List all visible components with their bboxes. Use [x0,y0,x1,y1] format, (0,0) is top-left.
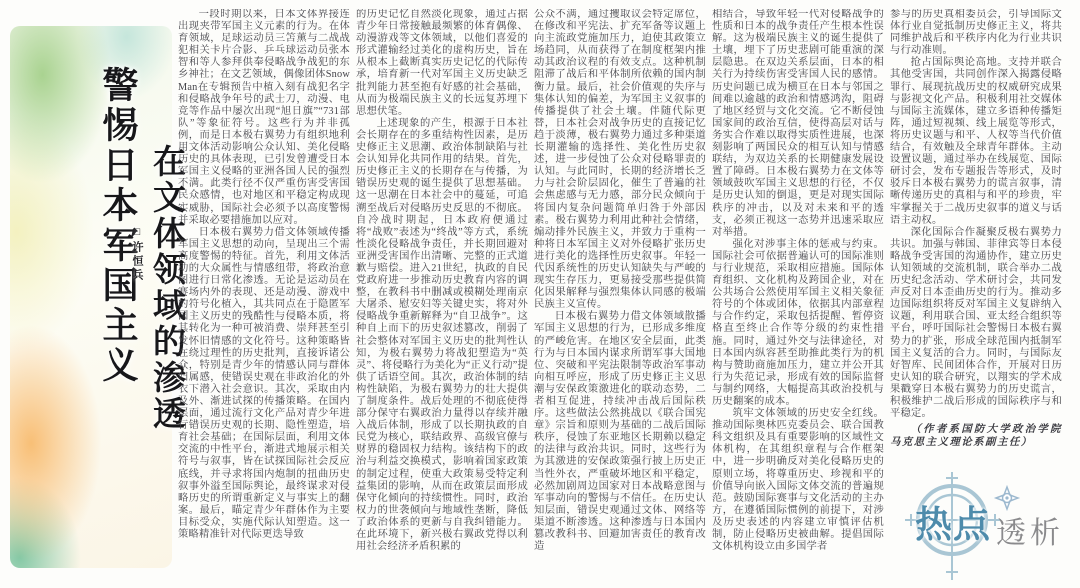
paragraph: 参与的历史真相委员会，引导国际文体行业自觉抵制历史修正主义，将共同维护战后和平秩… [890,9,1062,57]
logo-text-analysis: 透析 [996,508,1064,552]
article-column-3: 公众不满，通过攫取议会特定席位，在修改和平宪法、扩充军备等议题上向主流政党施加压… [534,9,706,581]
paragraph: 一段时期以来，日本文体界接连出现夹带军国主义元素的行为。在体育领域，足球运动员三… [178,9,350,227]
paragraph: 公众不满，通过攫取议会特定席位，在修改和平宪法、扩充军备等议题上向主流政党施加压… [534,9,706,311]
logo-text-hotspot: 热点 [915,494,991,548]
article-column-1: 一段时期以来，日本文体界接连出现夹带军国主义元素的行为。在体育领域，足球运动员三… [178,9,350,581]
author-name-text: 许恒兵 [131,241,143,283]
paragraph: 抢占国际舆论高地。支持并联合其他受害国，共同创作深入揭露侵略罪行、展现抗战历史的… [890,57,1062,226]
hotspot-analysis-logo: 热点 透析 [903,468,1068,586]
paragraph: 日本极右翼势力借文体领域传播军国主义思想的动向，呈现出三个需高度警惕的特征。首先… [178,227,350,541]
author-note: （作者系国防大学政治学院马克思主义理论系副主任） [890,423,1062,449]
paragraph: 的历史记忆自然淡化现象，通过占据青少年日常接触最频繁的体育偶像、动漫游戏等文体领… [356,9,528,118]
article-column-4: 相结合，导致年轻一代对侵略战争的性质和日本的战争责任产生根本性误解。这为极端民族… [712,9,884,581]
paragraph: 强化对涉事主体的惩戒与约束。国际社会可依据普遍认可的国际准则与行业规范，采取相应… [712,239,884,408]
author-name: □许恒兵 [129,226,145,283]
article-column-2: 的历史记忆自然淡化现象，通过占据青少年日常接触最频繁的体育偶像、动漫游戏等文体领… [356,9,528,581]
newspaper-page: 警惕日本军国主义 在文体领域的渗透 □许恒兵 一段时期以来，日本文体界接连出现夹… [0,0,1080,588]
author-prefix-square: □ [131,226,143,241]
compass-star-icon [996,487,1018,509]
paragraph: 深化国际合作凝聚反极右翼势力共识。加强与韩国、菲律宾等日本侵略战争受害国的沟通协… [890,227,1062,421]
paragraph: 上述现象的产生，根源于日本社会长期存在的多重结构性因素，是历史修正主义思潮、政治… [356,118,528,553]
paragraph: 相结合，导致年轻一代对侵略战争的性质和日本的战争责任产生根本性误解。这为极端民族… [712,9,884,239]
paragraph: 日本极右翼势力借文体领域散播军国主义思想的行为，已形成多维度的严峻危害。在地区安… [534,311,706,553]
paragraph: 筑牢文体领域的历史安全红线。推动国际奥林匹克委员会、联合国教科文组织及具有重要影… [712,408,884,553]
